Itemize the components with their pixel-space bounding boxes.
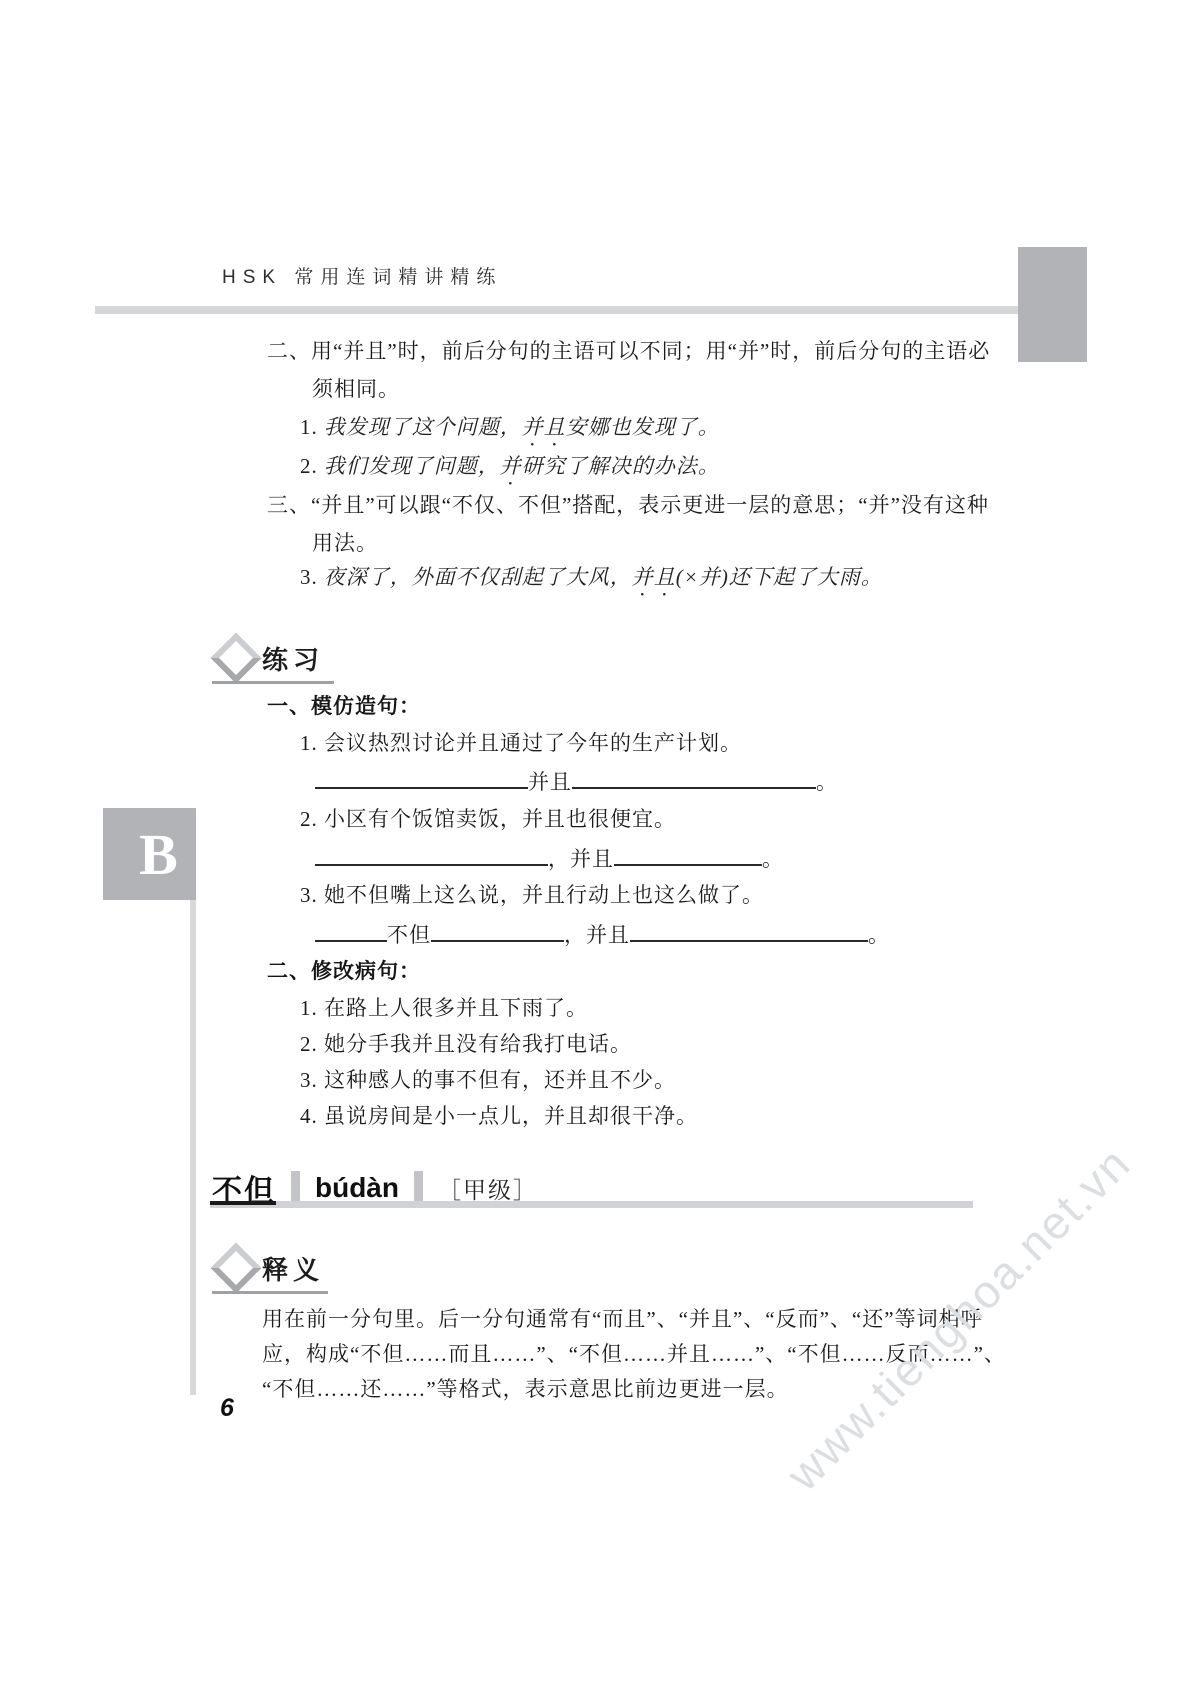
fill-row3-seg1: 不但 bbox=[387, 923, 431, 947]
separator-bar bbox=[291, 1171, 300, 1205]
exercise-section-underline bbox=[212, 681, 334, 684]
fill-row1-mid: 并且 bbox=[528, 770, 572, 794]
example2-number: 2. bbox=[300, 454, 318, 478]
fill-row2-end: 。 bbox=[762, 847, 784, 871]
diamond-icon bbox=[211, 633, 262, 684]
exercise-part1-item3: 3. 她不但嘴上这么说，并且行动上也这么做了。 bbox=[300, 879, 764, 909]
example1-pre: 我发现了这个问题， bbox=[324, 415, 522, 439]
page-header-title: HSK 常用连词精讲精练 bbox=[222, 262, 502, 289]
definition-section-underline bbox=[212, 1291, 328, 1294]
exercise-part1-title: 一、模仿造句： bbox=[267, 690, 421, 720]
header-rule bbox=[95, 306, 1018, 314]
example2-emphasized-word: 并 bbox=[500, 454, 522, 478]
example2-pre: 我们发现了问题， bbox=[324, 454, 500, 478]
note-point2-line1: 二、用“并且”时，前后分句的主语可以不同；用“并”时，前后分句的主语必 bbox=[267, 335, 990, 365]
exercise-part2-item1: 1. 在路上人很多并且下雨了。 bbox=[300, 992, 588, 1022]
exercise-part2-item3: 3. 这种感人的事不但有，还并且不少。 bbox=[300, 1064, 676, 1094]
example1-number: 1. bbox=[300, 415, 318, 439]
blank-line bbox=[630, 920, 868, 942]
entry-hsk-level: ［甲级］ bbox=[438, 1172, 538, 1205]
entry-headword-underline bbox=[210, 1201, 276, 1205]
note-example2: 2.我们发现了问题，并研究了解决的办法。 bbox=[300, 450, 720, 490]
blank-line bbox=[614, 844, 762, 866]
blank-line bbox=[315, 920, 387, 942]
example3-number: 3. bbox=[300, 565, 318, 589]
exercise-part2-item4: 4. 虽说房间是小一点儿，并且却很干净。 bbox=[300, 1100, 698, 1130]
definition-section-title: 释义 bbox=[262, 1250, 324, 1287]
blank-line bbox=[431, 920, 564, 942]
blank-line bbox=[315, 844, 548, 866]
separator-bar bbox=[414, 1171, 423, 1205]
exercise-part2-item2: 2. 她分手我并且没有给我打电话。 bbox=[300, 1028, 632, 1058]
book-page: HSK 常用连词精讲精练 二、用“并且”时，前后分句的主语可以不同；用“并”时，… bbox=[0, 0, 1191, 1685]
definition-line1: 用在前一分句里。后一分句通常有“而且”、“并且”、“反而”、“还”等词相呼 bbox=[262, 1303, 983, 1333]
example2-post: 研究了解决的办法。 bbox=[522, 454, 720, 478]
blank-line bbox=[315, 767, 528, 789]
fill-in-row-2: ，并且。 bbox=[315, 843, 784, 873]
diamond-icon bbox=[211, 1243, 262, 1294]
note-point3-line2: 用法。 bbox=[312, 527, 378, 557]
fill-in-row-3: 不但，并且。 bbox=[315, 919, 890, 949]
entry-heading-rule bbox=[210, 1201, 973, 1208]
fill-row3-seg2: ，并且 bbox=[564, 923, 630, 947]
exercise-part1-item2: 2. 小区有个饭馆卖饭，并且也很便宜。 bbox=[300, 803, 676, 833]
exercise-section-title: 练习 bbox=[262, 640, 324, 677]
margin-vertical-rule bbox=[190, 900, 196, 1395]
blank-line bbox=[572, 767, 816, 789]
example1-post: 安娜也发现了。 bbox=[566, 415, 720, 439]
exercise-part1-item1: 1. 会议热烈讨论并且通过了今年的生产计划。 bbox=[300, 727, 742, 757]
fill-row2-mid: ，并且 bbox=[548, 847, 614, 871]
exercise-part2-title: 二、修改病句： bbox=[267, 955, 421, 985]
section-letter-tab: B bbox=[103, 808, 196, 900]
example3-emphasized-word: 并且 bbox=[632, 565, 676, 589]
note-point2-line2: 须相同。 bbox=[312, 373, 400, 403]
fill-row1-end: 。 bbox=[816, 770, 838, 794]
section-letter: B bbox=[121, 821, 178, 888]
note-example1: 1.我发现了这个问题，并且安娜也发现了。 bbox=[300, 411, 720, 451]
note-point3-line1: 三、“并且”可以跟“不仅、不但”搭配，表示更进一层的意思；“并”没有这种 bbox=[267, 489, 989, 519]
definition-line3: “不但……还……”等格式，表示意思比前边更进一层。 bbox=[262, 1373, 789, 1403]
fill-in-row-1: 并且。 bbox=[315, 766, 838, 796]
chapter-corner-tab bbox=[1018, 247, 1087, 362]
note-example3: 3.夜深了，外面不仅刮起了大风，并且(×并)还下起了大雨。 bbox=[300, 561, 883, 601]
example3-pre: 夜深了，外面不仅刮起了大风， bbox=[324, 565, 632, 589]
page-number: 6 bbox=[220, 1394, 234, 1423]
entry-pinyin: búdàn bbox=[315, 1172, 399, 1204]
example3-post: (×并)还下起了大雨。 bbox=[676, 565, 883, 589]
example1-emphasized-word: 并且 bbox=[522, 415, 566, 439]
fill-row3-end: 。 bbox=[868, 923, 890, 947]
